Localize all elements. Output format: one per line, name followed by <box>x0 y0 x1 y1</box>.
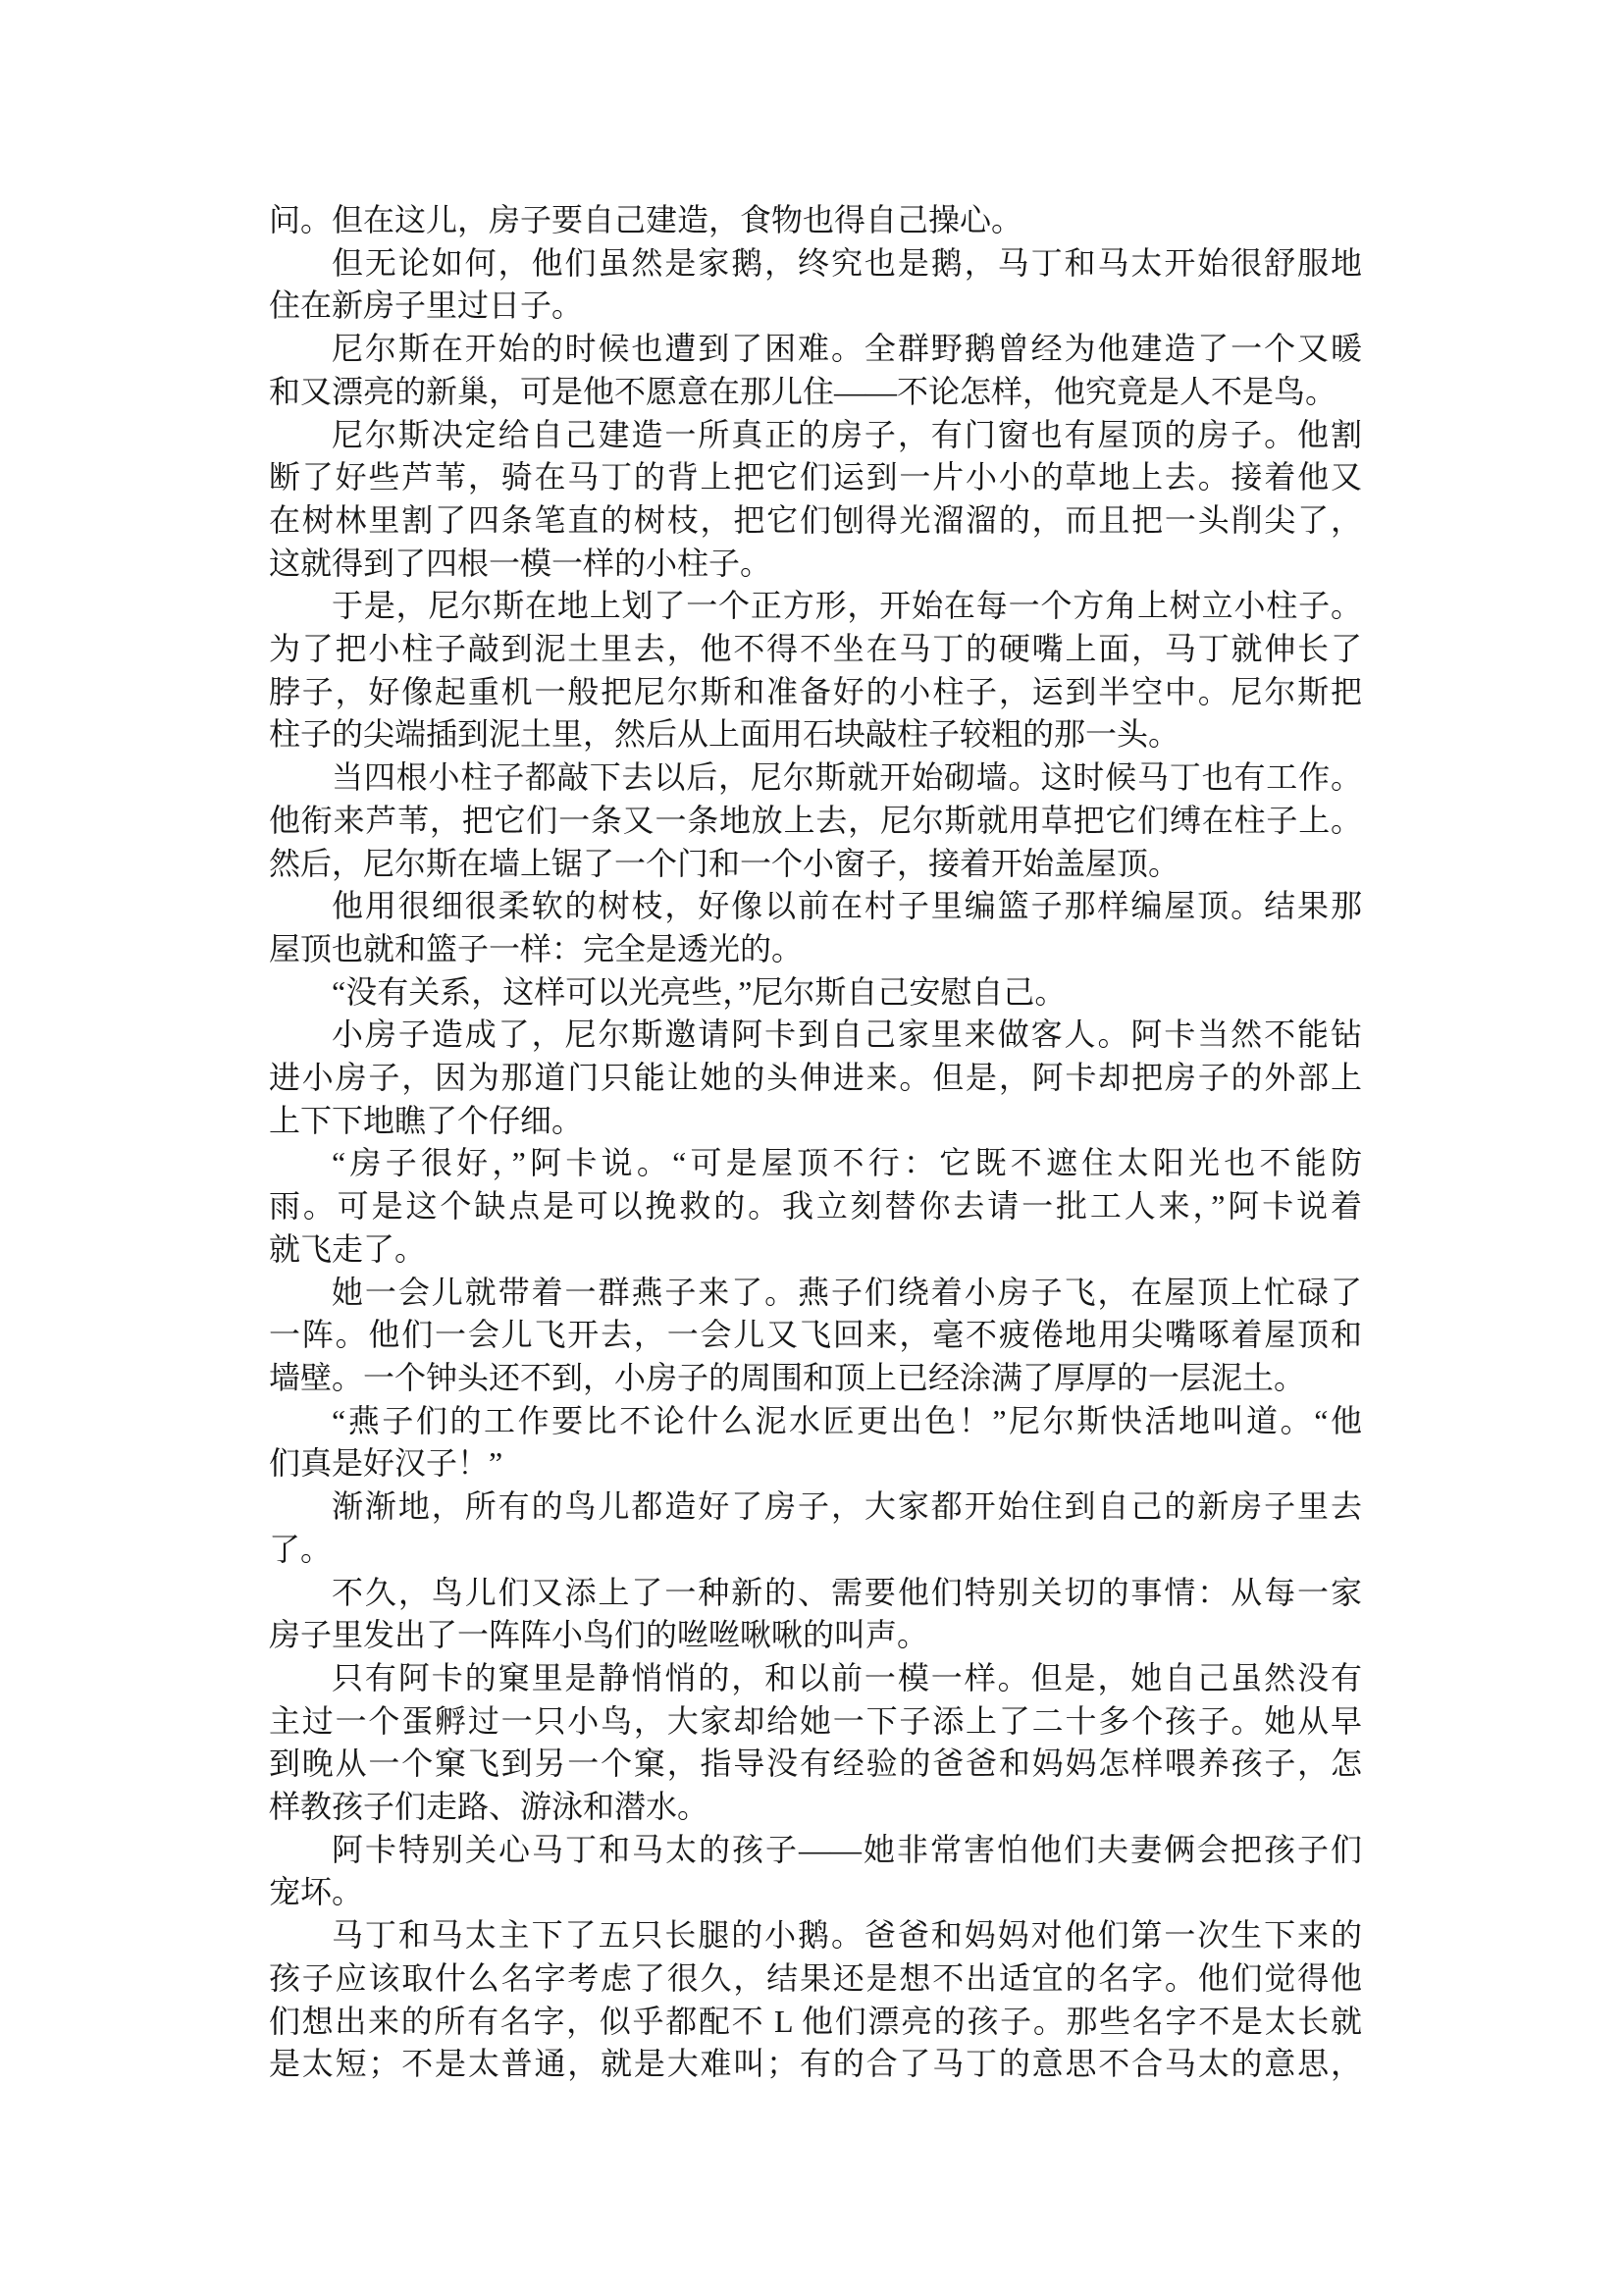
text-line: 脖子，好像起重机一般把尼尔斯和准备好的小柱子，运到半空中。尼尔斯把 <box>269 671 1362 714</box>
text-line: 她一会儿就带着一群燕子来了。燕子们绕着小房子飞，在屋顶上忙碌了 <box>269 1272 1362 1315</box>
text-line: 宠坏。 <box>269 1871 1362 1914</box>
text-line: 断了好些芦苇，骑在马丁的背上把它们运到一片小小的草地上去。接着他又 <box>269 456 1362 499</box>
text-line: 样教孩子们走路、游泳和潜水。 <box>269 1786 1362 1829</box>
text-line: 孩子应该取什么名字考虑了很久，结果还是想不出适宜的名字。他们觉得他 <box>269 1957 1362 2001</box>
document-page: 问。但在这儿，房子要自己建造，食物也得自己操心。但无论如何，他们虽然是家鹅，终究… <box>0 0 1624 2294</box>
text-line: 住在新房子里过日子。 <box>269 285 1362 328</box>
text-line: 墙壁。一个钟头还不到，小房子的周围和顶上已经涂满了厚厚的一层泥土。 <box>269 1357 1362 1400</box>
text-line: 为了把小柱子敲到泥土里去，他不得不坐在马丁的硬嘴上面，马丁就伸长了 <box>269 628 1362 671</box>
text-line: 房子里发出了一阵阵小鸟们的咝咝啾啾的叫声。 <box>269 1614 1362 1657</box>
text-line: 问。但在这儿，房子要自己建造，食物也得自己操心。 <box>269 199 1362 242</box>
text-line: 于是，尼尔斯在地上划了一个正方形，开始在每一个方角上树立小柱子。 <box>269 585 1362 628</box>
text-line: 渐渐地，所有的鸟儿都造好了房子，大家都开始住到自己的新房子里去 <box>269 1486 1362 1529</box>
text-line: 不久，鸟儿们又添上了一种新的、需要他们特别关切的事情：从每一家 <box>269 1572 1362 1615</box>
text-line: “没有关系，这样可以光亮些，”尼尔斯自己安慰自己。 <box>269 971 1362 1015</box>
text-line: 然后，尼尔斯在墙上锯了一个门和一个小窗子，接着开始盖屋顶。 <box>269 843 1362 886</box>
text-line: 们想出来的所有名字，似乎都配不 L 他们漂亮的孩子。那些名字不是太长就 <box>269 2001 1362 2044</box>
text-line: 和又漂亮的新巢，可是他不愿意在那儿住——不论怎样，他究竟是人不是鸟。 <box>269 371 1362 414</box>
text-line: 到晚从一个窠飞到另一个窠，指导没有经验的爸爸和妈妈怎样喂养孩子，怎 <box>269 1743 1362 1786</box>
text-line: 上下下地瞧了个仔细。 <box>269 1100 1362 1143</box>
text-line: 进小房子，因为那道门只能让她的头伸进来。但是，阿卡却把房子的外部上 <box>269 1057 1362 1100</box>
text-line: 屋顶也就和篮子一样：完全是透光的。 <box>269 928 1362 971</box>
text-line: 在树林里割了四条笔直的树枝，把它们刨得光溜溜的，而且把一头削尖了， <box>269 499 1362 543</box>
text-line: 当四根小柱子都敲下去以后，尼尔斯就开始砌墙。这时候马丁也有工作。 <box>269 756 1362 800</box>
text-line: 一阵。他们一会儿飞开去，一会儿又飞回来，毫不疲倦地用尖嘴啄着屋顶和 <box>269 1314 1362 1357</box>
text-line: 雨。可是这个缺点是可以挽救的。我立刻替你去请一批工人来，”阿卡说着 <box>269 1185 1362 1228</box>
text-line: 就飞走了。 <box>269 1228 1362 1272</box>
text-line: 他用很细很柔软的树枝，好像以前在村子里编篮子那样编屋顶。结果那 <box>269 885 1362 928</box>
text-line: 柱子的尖端插到泥土里，然后从上面用石块敲柱子较粗的那一头。 <box>269 713 1362 756</box>
text-line: “房子很好，”阿卡说。“可是屋顶不行：它既不遮住太阳光也不能防 <box>269 1142 1362 1185</box>
text-line: 只有阿卡的窠里是静悄悄的，和以前一模一样。但是，她自己虽然没有 <box>269 1657 1362 1700</box>
text-line: 尼尔斯决定给自己建造一所真正的房子，有门窗也有屋顶的房子。他割 <box>269 414 1362 457</box>
text-line: 他衔来芦苇，把它们一条又一条地放上去，尼尔斯就用草把它们缚在柱子上。 <box>269 800 1362 843</box>
text-line: 马丁和马太主下了五只长腿的小鹅。爸爸和妈妈对他们第一次生下来的 <box>269 1914 1362 1957</box>
text-line: 们真是好汉子！” <box>269 1442 1362 1486</box>
text-line: 但无论如何，他们虽然是家鹅，终究也是鹅，马丁和马太开始很舒服地 <box>269 242 1362 286</box>
text-line: 这就得到了四根一模一样的小柱子。 <box>269 543 1362 586</box>
text-line: “燕子们的工作要比不论什么泥水匠更出色！”尼尔斯快活地叫道。“他 <box>269 1400 1362 1443</box>
text-line: 主过一个蛋孵过一只小鸟，大家却给她一下子添上了二十多个孩子。她从早 <box>269 1700 1362 1744</box>
text-line: 了。 <box>269 1529 1362 1572</box>
text-block: 问。但在这儿，房子要自己建造，食物也得自己操心。但无论如何，他们虽然是家鹅，终究… <box>269 199 1362 2086</box>
text-line: 是太短；不是太普通，就是大难叫；有的合了马丁的意思不合马太的意思， <box>269 2043 1362 2086</box>
text-line: 小房子造成了，尼尔斯邀请阿卡到自己家里来做客人。阿卡当然不能钻 <box>269 1014 1362 1057</box>
text-line: 尼尔斯在开始的时候也遭到了困难。全群野鹅曾经为他建造了一个又暖 <box>269 328 1362 371</box>
text-line: 阿卡特别关心马丁和马太的孩子——她非常害怕他们夫妻俩会把孩子们 <box>269 1829 1362 1872</box>
